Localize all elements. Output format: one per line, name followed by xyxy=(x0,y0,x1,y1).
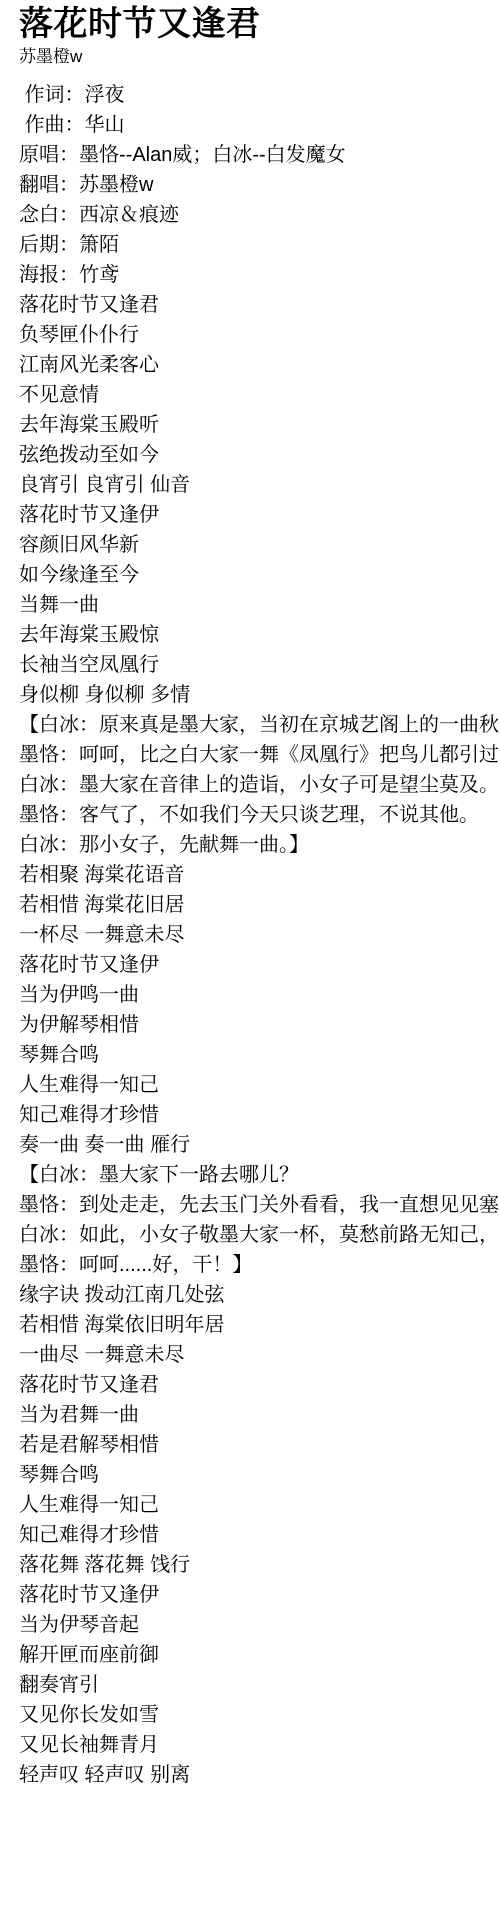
lyrics-body: 作词：浮夜 作曲：华山原唱：墨恪--Alan威；白冰--白发魔女翻唱：苏墨橙w念… xyxy=(19,80,500,1790)
lyric-line: 不见意情 xyxy=(19,380,500,410)
lyric-line: 若相惜 海棠依旧明年居 xyxy=(19,1310,500,1340)
artist-name: 苏墨橙w xyxy=(19,46,500,68)
lyrics-block: 落花时节又逢君负琴匣仆仆行江南风光柔客心不见意情去年海棠玉殿听弦绝拨动至如今良宵… xyxy=(19,290,500,1790)
lyric-line: 江南风光柔客心 xyxy=(19,350,500,380)
lyric-line: 作曲：华山 xyxy=(19,110,500,140)
lyrics-content: 落花时节又逢君 苏墨橙w 作词：浮夜 作曲：华山原唱：墨恪--Alan威；白冰-… xyxy=(0,0,500,1790)
lyric-line: 轻声叹 轻声叹 别离 xyxy=(19,1760,500,1790)
lyric-line: 容颜旧风华新 xyxy=(19,530,500,560)
lyric-line: 落花时节又逢君 xyxy=(19,1370,500,1400)
lyric-line: 墨恪：呵呵，比之白大家一舞《凤凰行》把鸟儿都引过 xyxy=(19,740,500,770)
lyric-line: 去年海棠玉殿惊 xyxy=(19,620,500,650)
lyric-line: 去年海棠玉殿听 xyxy=(19,410,500,440)
lyric-line: 奏一曲 奏一曲 雁行 xyxy=(19,1130,500,1160)
lyric-line: 翻唱：苏墨橙w xyxy=(19,170,500,200)
lyric-line: 翻奏宵引 xyxy=(19,1670,500,1700)
song-title: 落花时节又逢君 xyxy=(19,4,500,44)
lyric-line: 落花时节又逢君 xyxy=(19,290,500,320)
lyric-line: 落花舞 落花舞 饯行 xyxy=(19,1550,500,1580)
lyric-line: 白冰：如此，小女子敬墨大家一杯，莫愁前路无知己， xyxy=(19,1220,500,1250)
lyric-line: 琴舞合鸣 xyxy=(19,1040,500,1070)
lyric-line: 身似柳 身似柳 多情 xyxy=(19,680,500,710)
lyric-line: 知己难得才珍惜 xyxy=(19,1100,500,1130)
lyric-line: 墨恪：到处走走，先去玉门关外看看，我一直想见见塞 xyxy=(19,1190,500,1220)
lyric-line: 一曲尽 一舞意未尽 xyxy=(19,1340,500,1370)
lyric-line: 负琴匣仆仆行 xyxy=(19,320,500,350)
lyric-line: 当为伊琴音起 xyxy=(19,1610,500,1640)
lyric-line: 当为君舞一曲 xyxy=(19,1400,500,1430)
lyric-line: 作词：浮夜 xyxy=(19,80,500,110)
lyric-line: 若是君解琴相惜 xyxy=(19,1430,500,1460)
lyric-line: 弦绝拨动至如今 xyxy=(19,440,500,470)
lyric-line: 又见长袖舞青月 xyxy=(19,1730,500,1760)
lyric-line: 落花时节又逢伊 xyxy=(19,950,500,980)
lyric-line: 若相惜 海棠花旧居 xyxy=(19,890,500,920)
lyric-line: 当舞一曲 xyxy=(19,590,500,620)
lyric-line: 落花时节又逢伊 xyxy=(19,1580,500,1610)
lyric-line: 若相聚 海棠花语音 xyxy=(19,860,500,890)
lyric-line: 白冰：墨大家在音律上的造诣，小女子可是望尘莫及。 xyxy=(19,770,500,800)
lyric-line: 当为伊鸣一曲 xyxy=(19,980,500,1010)
lyric-line: 海报：竹鸢 xyxy=(19,260,500,290)
lyric-line: 墨恪：呵呵......好，干！】 xyxy=(19,1250,500,1280)
lyric-line: 念白：西凉＆痕迹 xyxy=(19,200,500,230)
lyric-line: 缘字诀 拨动江南几处弦 xyxy=(19,1280,500,1310)
lyric-line: 墨恪：客气了，不如我们今天只谈艺理，不说其他。 xyxy=(19,800,500,830)
lyric-line: 人生难得一知己 xyxy=(19,1490,500,1520)
lyric-line: 解开匣而座前御 xyxy=(19,1640,500,1670)
lyric-line: 良宵引 良宵引 仙音 xyxy=(19,470,500,500)
lyric-line: 【白冰：墨大家下一路去哪儿？ xyxy=(19,1160,500,1190)
lyric-line: 一杯尽 一舞意未尽 xyxy=(19,920,500,950)
credits-block: 作词：浮夜 作曲：华山原唱：墨恪--Alan威；白冰--白发魔女翻唱：苏墨橙w念… xyxy=(19,80,500,290)
lyric-line: 后期：箫陌 xyxy=(19,230,500,260)
lyric-line: 为伊解琴相惜 xyxy=(19,1010,500,1040)
lyric-line: 【白冰：原来真是墨大家，当初在京城艺阁上的一曲秋 xyxy=(19,710,500,740)
lyric-line: 琴舞合鸣 xyxy=(19,1460,500,1490)
lyric-line: 白冰：那小女子，先献舞一曲。】 xyxy=(19,830,500,860)
lyric-line: 知己难得才珍惜 xyxy=(19,1520,500,1550)
lyrics-page: { "page": { "title": "落花时节又逢君", "artist"… xyxy=(0,0,500,1930)
lyric-line: 原唱：墨恪--Alan威；白冰--白发魔女 xyxy=(19,140,500,170)
lyric-line: 又见你长发如雪 xyxy=(19,1700,500,1730)
lyric-line: 长袖当空凤凰行 xyxy=(19,650,500,680)
lyric-line: 人生难得一知己 xyxy=(19,1070,500,1100)
lyric-line: 落花时节又逢伊 xyxy=(19,500,500,530)
lyric-line: 如今缘逢至今 xyxy=(19,560,500,590)
